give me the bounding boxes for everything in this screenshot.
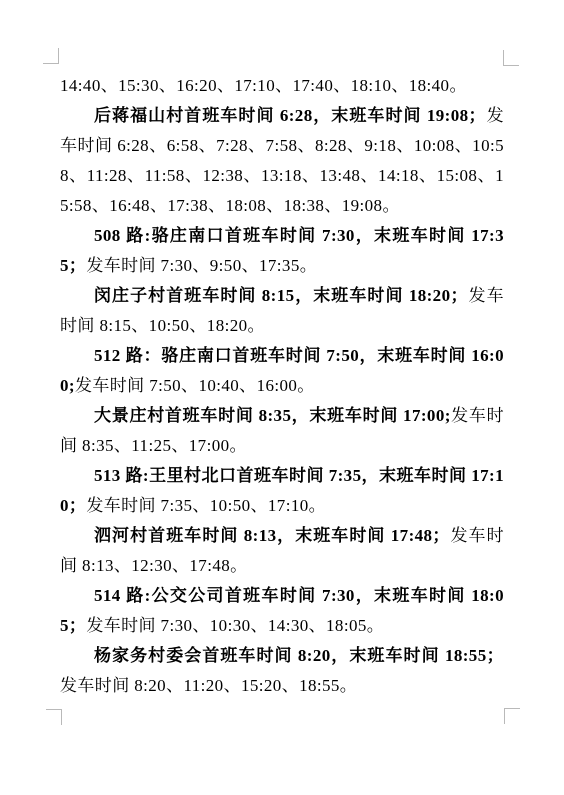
paragraph-route-512: 512 路：骆庄南口首班车时间 7:50，末班车时间 16:00;发车时间 7:… [60, 341, 504, 401]
paragraph-route-508: 508 路:骆庄南口首班车时间 7:30，末班车时间 17:35；发车时间 7:… [60, 221, 504, 281]
crop-mark-bottom-left-icon [46, 709, 62, 725]
paragraph-text: 发车时间 8:20、11:20、15:20、18:55。 [60, 676, 357, 695]
document-body-text: 14:40、15:30、16:20、17:10、17:40、18:10、18:4… [60, 66, 504, 701]
paragraph-minzhuangzi: 闵庄子村首班车时间 8:15，末班车时间 18:20；发车时间 8:15、10:… [60, 281, 504, 341]
paragraph-dajingzhuang: 大景庄村首班车时间 8:35，末班车时间 17:00;发车时间 8:35、11:… [60, 401, 504, 461]
paragraph-bold-lead: 杨家务村委会首班车时间 8:20，末班车时间 18:55； [94, 646, 504, 665]
paragraph-route-514: 514 路:公交公司首班车时间 7:30，末班车时间 18:05；发车时间 7:… [60, 581, 504, 641]
crop-mark-top-left-icon [43, 48, 59, 64]
paragraph-times-continuation: 14:40、15:30、16:20、17:10、17:40、18:10、18:4… [60, 71, 504, 101]
paragraph-bold-lead: 大景庄村首班车时间 8:35，末班车时间 17:00; [94, 406, 451, 425]
paragraph-houjiangfushan: 后蒋福山村首班车时间 6:28，末班车时间 19:08；发车时间 6:28、6:… [60, 101, 504, 221]
paragraph-text: 发车时间 7:30、9:50、17:35。 [86, 256, 317, 275]
paragraph-sihe: 泗河村首班车时间 8:13，末班车时间 17:48；发车时间 8:13、12:3… [60, 521, 504, 581]
paragraph-text: 发车时间 7:30、10:30、14:30、18:05。 [86, 616, 384, 635]
paragraph-yangjiawu: 杨家务村委会首班车时间 8:20，末班车时间 18:55；发车时间 8:20、1… [60, 641, 504, 701]
crop-mark-bottom-right-icon [504, 708, 520, 724]
paragraph-text: 发车时间 7:35、10:50、17:10。 [86, 496, 326, 515]
paragraph-route-513: 513 路:王里村北口首班车时间 7:35，末班车时间 17:10；发车时间 7… [60, 461, 504, 521]
paragraph-text: 14:40、15:30、16:20、17:10、17:40、18:10、18:4… [60, 76, 467, 95]
crop-mark-top-right-icon [503, 50, 519, 66]
paragraph-bold-lead: 后蒋福山村首班车时间 6:28，末班车时间 19:08； [94, 106, 486, 125]
document-page: 14:40、15:30、16:20、17:10、17:40、18:10、18:4… [0, 0, 564, 795]
paragraph-bold-lead: 闵庄子村首班车时间 8:15，末班车时间 18:20； [94, 286, 468, 305]
paragraph-text: 发车时间 7:50、10:40、16:00。 [75, 376, 315, 395]
paragraph-bold-lead: 泗河村首班车时间 8:13，末班车时间 17:48； [94, 526, 450, 545]
